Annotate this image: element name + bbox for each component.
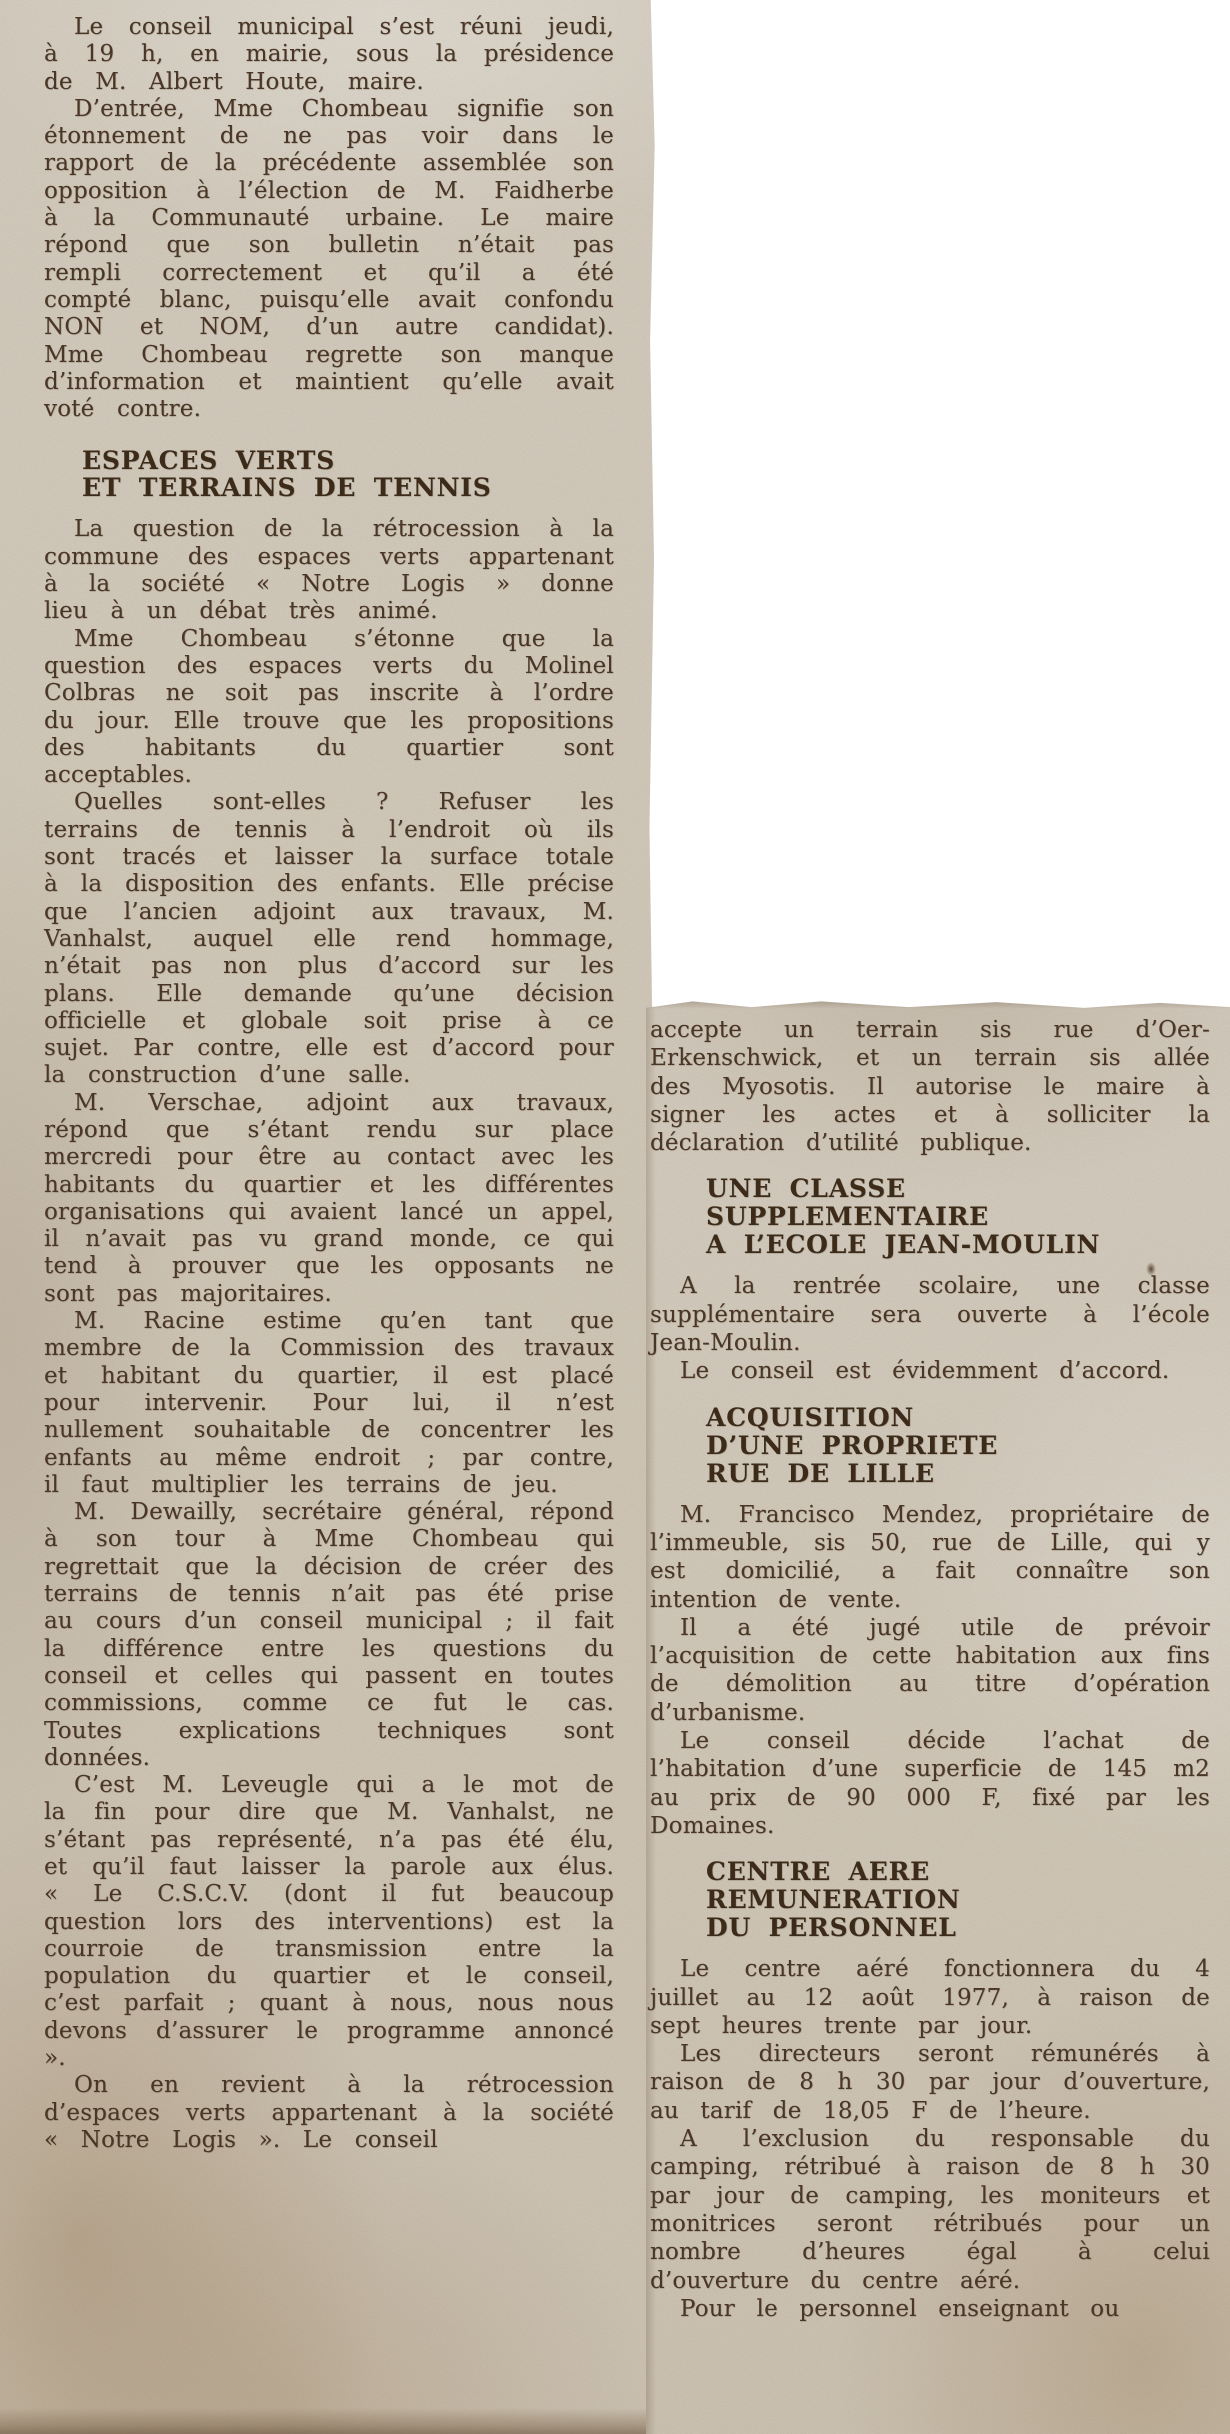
heading-line: ACQUISITION: [706, 1404, 1210, 1432]
heading-line: UNE CLASSE: [706, 1175, 1210, 1203]
cut-edge-top: [646, 1000, 1230, 1009]
article-paragraph: Quelles sont-elles ? Refuser les terrain…: [44, 789, 614, 1089]
section-heading-espaces-verts: ESPACES VERTS ET TERRAINS DE TENNIS: [44, 447, 614, 501]
article-paragraph: C’est M. Leveugle qui a le mot de la fin…: [44, 1772, 614, 2072]
article-paragraph: Mme Chombeau s’étonne que la question de…: [44, 626, 614, 790]
newspaper-page: Le conseil municipal s’est réuni jeudi, …: [0, 0, 1230, 2434]
article-paragraph: M. Verschae, adjoint aux travaux, répond…: [44, 1090, 614, 1308]
heading-line: RUE DE LILLE: [706, 1460, 1210, 1488]
heading-line: ESPACES VERTS: [82, 447, 614, 474]
heading-line: A L’ECOLE JEAN-MOULIN: [706, 1231, 1210, 1259]
article-paragraph: M. Racine estime qu’en tant que membre d…: [44, 1308, 614, 1499]
article-paragraph: Le conseil est évidemment d’accord.: [650, 1357, 1210, 1385]
heading-line: REMUNERATION: [706, 1886, 1210, 1914]
heading-line: DU PERSONNEL: [706, 1914, 1210, 1942]
article-paragraph: Le centre aéré fonctionnera du 4 juillet…: [650, 1955, 1210, 2040]
heading-line: D’UNE PROPRIETE: [706, 1432, 1210, 1460]
article-paragraph: On en revient à la rétrocession d’espace…: [44, 2072, 614, 2154]
article-paragraph: Les directeurs seront rémunérés à raison…: [650, 2040, 1210, 2125]
ink-speck: [1146, 1262, 1156, 1276]
article-paragraph: A l’exclusion du responsable du camping,…: [650, 2125, 1210, 2295]
article-paragraph: M. Dewailly, secrétaire général, répond …: [44, 1499, 614, 1772]
section-heading-centre-aere: CENTRE AERE REMUNERATION DU PERSONNEL: [650, 1858, 1210, 1942]
article-paragraph: accepte un terrain sis rue d’Oer-Erkensc…: [650, 1016, 1210, 1157]
right-article-column: accepte un terrain sis rue d’Oer-Erkensc…: [650, 1016, 1210, 2323]
article-paragraph: La question de la rétrocession à la comm…: [44, 516, 614, 625]
article-paragraph: Le conseil décide l’achat de l’habitatio…: [650, 1727, 1210, 1840]
article-paragraph: Pour le personnel enseignant ou: [650, 2295, 1210, 2323]
heading-line: CENTRE AERE: [706, 1858, 1210, 1886]
section-heading-acquisition-propriete: ACQUISITION D’UNE PROPRIETE RUE DE LILLE: [650, 1404, 1210, 1488]
heading-line: SUPPLEMENTAIRE: [706, 1203, 1210, 1231]
torn-edge-bottom: [0, 2408, 656, 2434]
article-paragraph: A la rentrée scolaire, une classe supplé…: [650, 1272, 1210, 1357]
section-heading-classe-supplementaire: UNE CLASSE SUPPLEMENTAIRE A L’ECOLE JEAN…: [650, 1175, 1210, 1259]
article-paragraph: D’entrée, Mme Chombeau signifie son éton…: [44, 96, 614, 424]
heading-line: ET TERRAINS DE TENNIS: [82, 474, 614, 501]
left-article-column: Le conseil municipal s’est réuni jeudi, …: [44, 14, 614, 2154]
article-paragraph: Le conseil municipal s’est réuni jeudi, …: [44, 14, 614, 96]
article-paragraph: M. Francisco Mendez, propriétaire de l’i…: [650, 1501, 1210, 1614]
article-paragraph: Il a été jugé utile de prévoir l’acquisi…: [650, 1614, 1210, 1727]
